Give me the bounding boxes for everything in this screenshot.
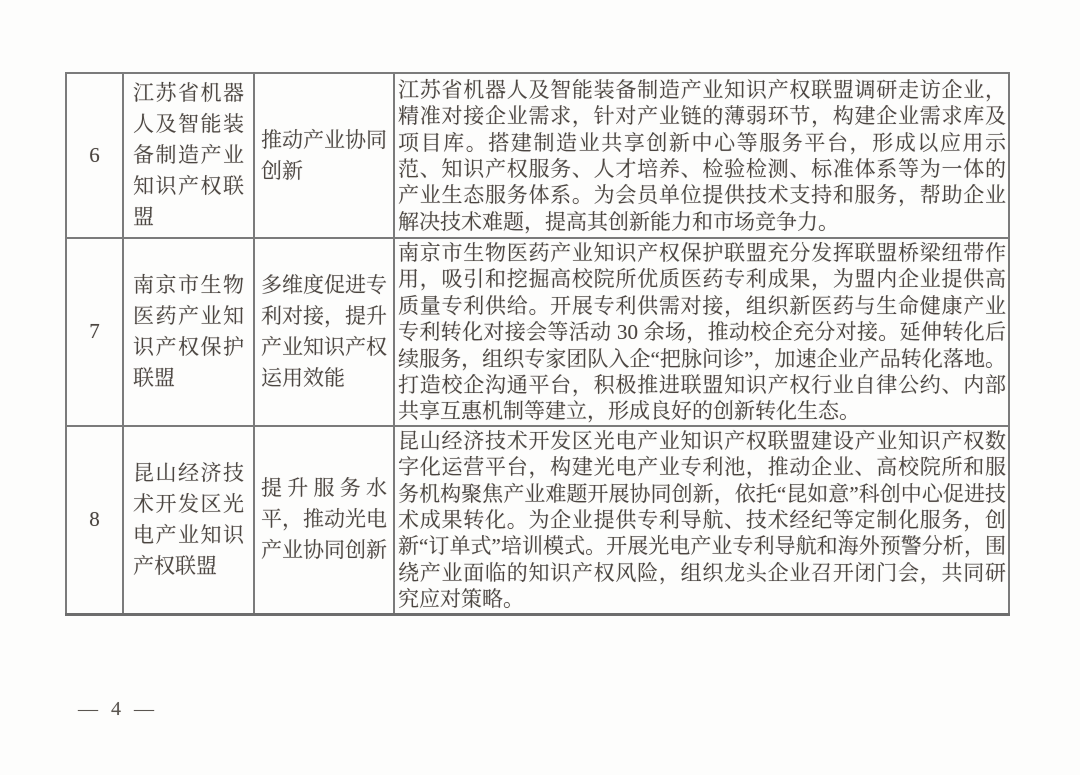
alliance-name: 江苏省机器人及智能装备制造产业知识产权联盟 — [123, 73, 254, 238]
alliance-description: 昆山经济技术开发区光电产业知识产权联盟建设产业知识产权数字化运营平台，构建光电产… — [394, 426, 1009, 614]
alliance-name: 昆山经济技术开发区光电产业知识产权联盟 — [123, 426, 254, 614]
alliance-focus: 推动产业协同创新 — [254, 73, 394, 238]
alliance-description: 南京市生物医药产业知识产权保护联盟充分发挥联盟桥梁纽带作用，吸引和挖掘高校院所优… — [394, 238, 1009, 426]
alliance-name: 南京市生物医药产业知识产权保护联盟 — [123, 238, 254, 426]
alliance-table: 6 江苏省机器人及智能装备制造产业知识产权联盟 推动产业协同创新 江苏省机器人及… — [65, 72, 1010, 616]
table-row: 6 江苏省机器人及智能装备制造产业知识产权联盟 推动产业协同创新 江苏省机器人及… — [66, 73, 1009, 238]
page-number: — 4 — — [78, 698, 158, 721]
alliance-description: 江苏省机器人及智能装备制造产业知识产权联盟调研走访企业，精准对接企业需求，针对产… — [394, 73, 1009, 238]
alliance-focus: 多维度促进专利对接，提升产业知识产权运用效能 — [254, 238, 394, 426]
table-row: 8 昆山经济技术开发区光电产业知识产权联盟 提升服务水平，推动光电产业协同创新 … — [66, 426, 1009, 614]
table-row: 7 南京市生物医药产业知识产权保护联盟 多维度促进专利对接，提升产业知识产权运用… — [66, 238, 1009, 426]
alliance-focus: 提升服务水平，推动光电产业协同创新 — [254, 426, 394, 614]
row-index: 8 — [66, 426, 123, 614]
document-page: 6 江苏省机器人及智能装备制造产业知识产权联盟 推动产业协同创新 江苏省机器人及… — [0, 0, 1080, 775]
row-index: 6 — [66, 73, 123, 238]
row-index: 7 — [66, 238, 123, 426]
